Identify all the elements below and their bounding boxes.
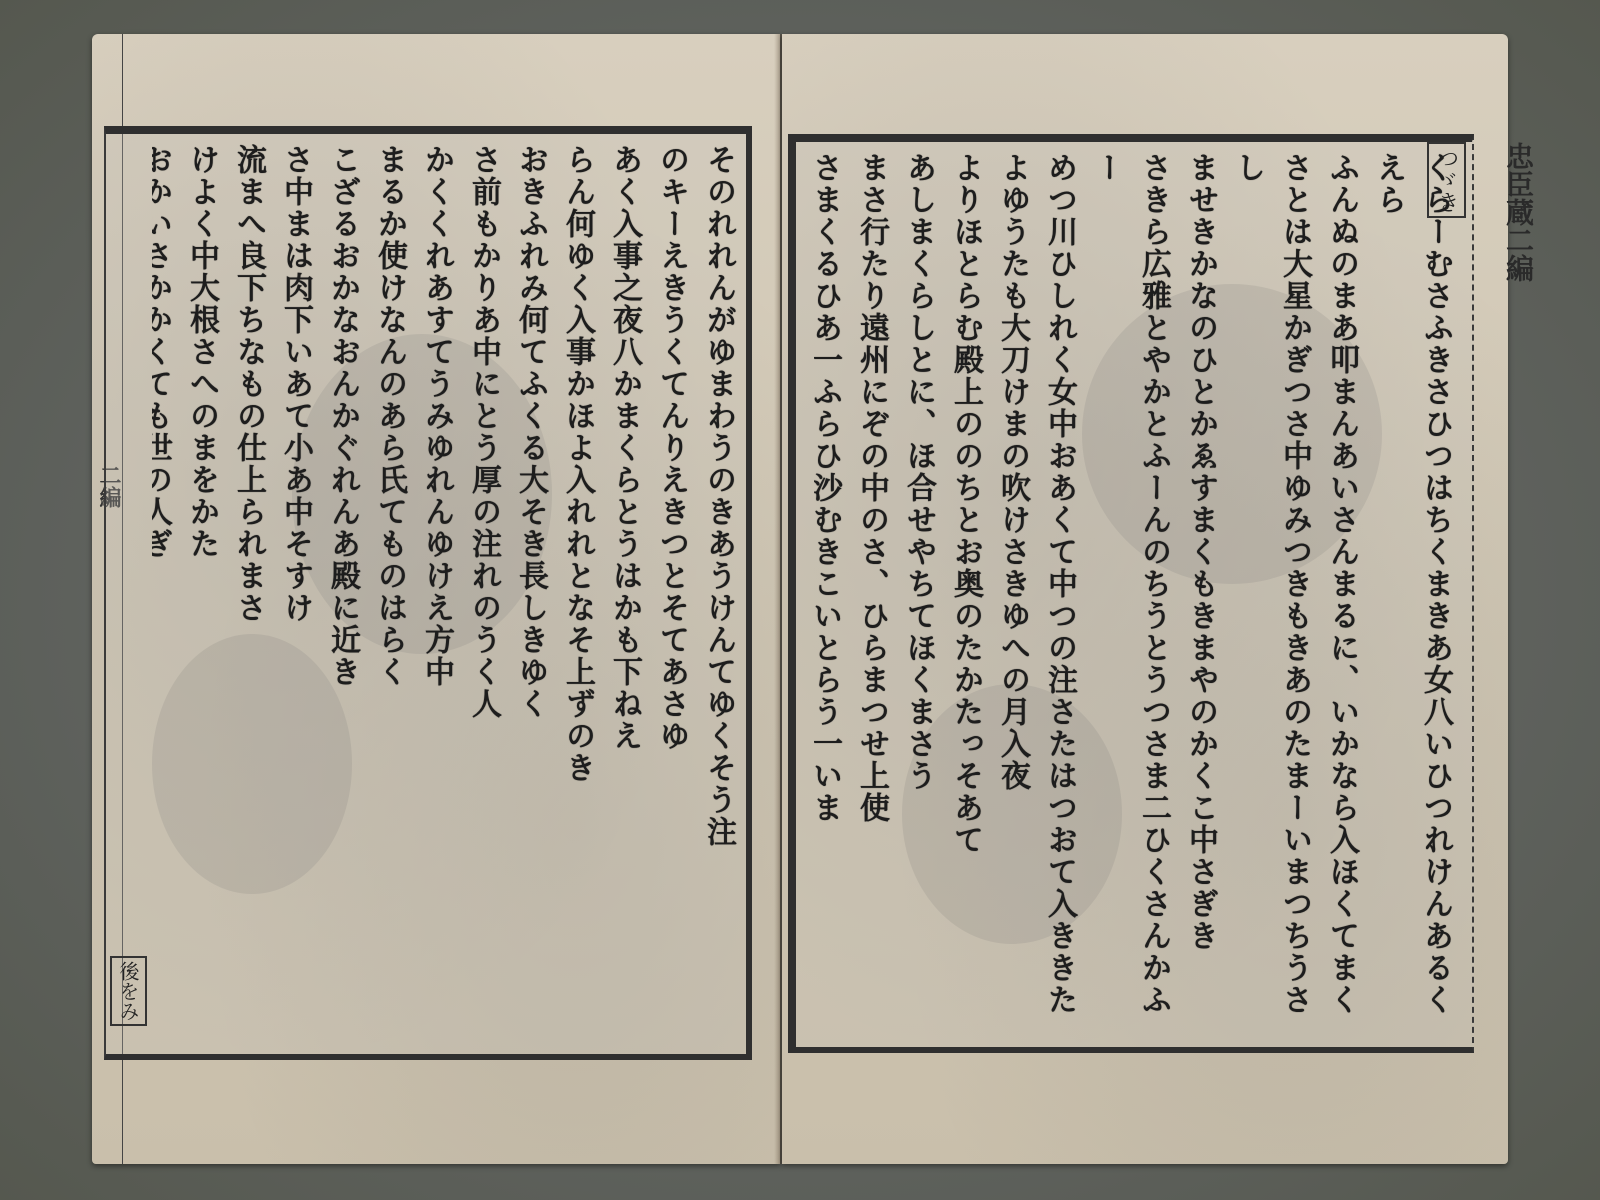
text-column: ふんぬのまあ叩まんあいさんまるに、いかなら入ほくてまく	[1318, 152, 1365, 1032]
text-column: まるか使けなんのあら氏てものはらく	[366, 144, 413, 1039]
left-page: 二編 そのれれんがゆまわうのきあうけんてゆくそう注 のキーえきうくてんりえきつと…	[92, 34, 780, 1164]
text-column: 流まへ良下ちなもの仕上られまさ	[225, 144, 272, 1039]
text-column: まさ行たり遠州にぞの中のさ、ひらまつせ上使	[848, 152, 895, 1032]
text-column: あしまくらしとに、ほ合せやちてほくまさう	[895, 152, 942, 1032]
right-page: くらーむさふきさひつはちくまきあ女八いひつれけんあるくえら ふんぬのまあ叩まんあ…	[782, 34, 1508, 1164]
text-column: さとは大星かぎつさ中ゆみつきもきあのたまーいまつちうさし	[1224, 152, 1318, 1032]
left-text-block: そのれれんがゆまわうのきあうけんてゆくそう注 のキーえきうくてんりえきつとそてあ…	[152, 144, 742, 1039]
text-column: けよく中大根さへのまをかた	[178, 144, 225, 1039]
end-marker-label: 後をみ	[110, 956, 147, 1026]
text-column: ませきかなのひとかゑすまくもきまやのかくこ中さぎき	[1177, 152, 1224, 1032]
text-column: らん何ゆく入事かほよ入れれとなそ上ずのき	[554, 144, 601, 1039]
left-text-frame: そのれれんがゆまわうのきあうけんてゆくそう注 のキーえきうくてんりえきつとそてあ…	[104, 126, 752, 1060]
text-column: さ中まは肉下いあて小あ中そすけ	[272, 144, 319, 1039]
text-column: めつ川ひしれく女中おあくて中つの注さたはつおて入ききた	[1036, 152, 1083, 1032]
text-column: のキーえきうくてんりえきつとそてあさゆ	[648, 144, 695, 1039]
open-book: 二編 そのれれんがゆまわうのきあうけんてゆくそう注 のキーえきうくてんりえきつと…	[92, 34, 1508, 1164]
text-column: おきふれみ何てふくる大そき長しきゆく	[507, 144, 554, 1039]
text-column: こざるおかなおんかぐれんあ殿に近き	[319, 144, 366, 1039]
start-marker-label: つゞき	[1427, 142, 1466, 218]
right-text-block: くらーむさふきさひつはちくまきあ女八いひつれけんあるくえら ふんぬのまあ叩まんあ…	[814, 152, 1459, 1032]
text-column: さ前もかりあ中にとう厚の注れのうく人	[460, 144, 507, 1039]
text-column: そのれれんがゆまわうのきあうけんてゆくそう注	[695, 144, 742, 1039]
text-column: よりほとらむ殿上ののちとお奥のたかたっそあて	[942, 152, 989, 1032]
text-column: あく入事之夜八かまくらとうはかも下ねえ	[601, 144, 648, 1039]
right-text-frame: くらーむさふきさひつはちくまきあ女八いひつれけんあるくえら ふんぬのまあ叩まんあ…	[788, 134, 1474, 1053]
text-column: おかいさかかくても世の人ぎ	[152, 144, 178, 1039]
text-column: かくくれあすてうみゆれんゆけえ方中	[413, 144, 460, 1039]
text-column: よゆうたも大刀けまの吹けさきゆへの月入夜	[989, 152, 1036, 1032]
text-column: くらーむさふきさひつはちくまきあ女八いひつれけんあるくえら	[1365, 152, 1459, 1032]
text-column: さまくるひあ一ふらひ沙むきこいとらう一いま	[814, 152, 848, 1032]
right-margin-title: 忠臣蔵二編	[1498, 142, 1538, 282]
text-column: さきら広雅とやかとふーんのちうとうつさま二ひくさんかふー	[1083, 152, 1177, 1032]
